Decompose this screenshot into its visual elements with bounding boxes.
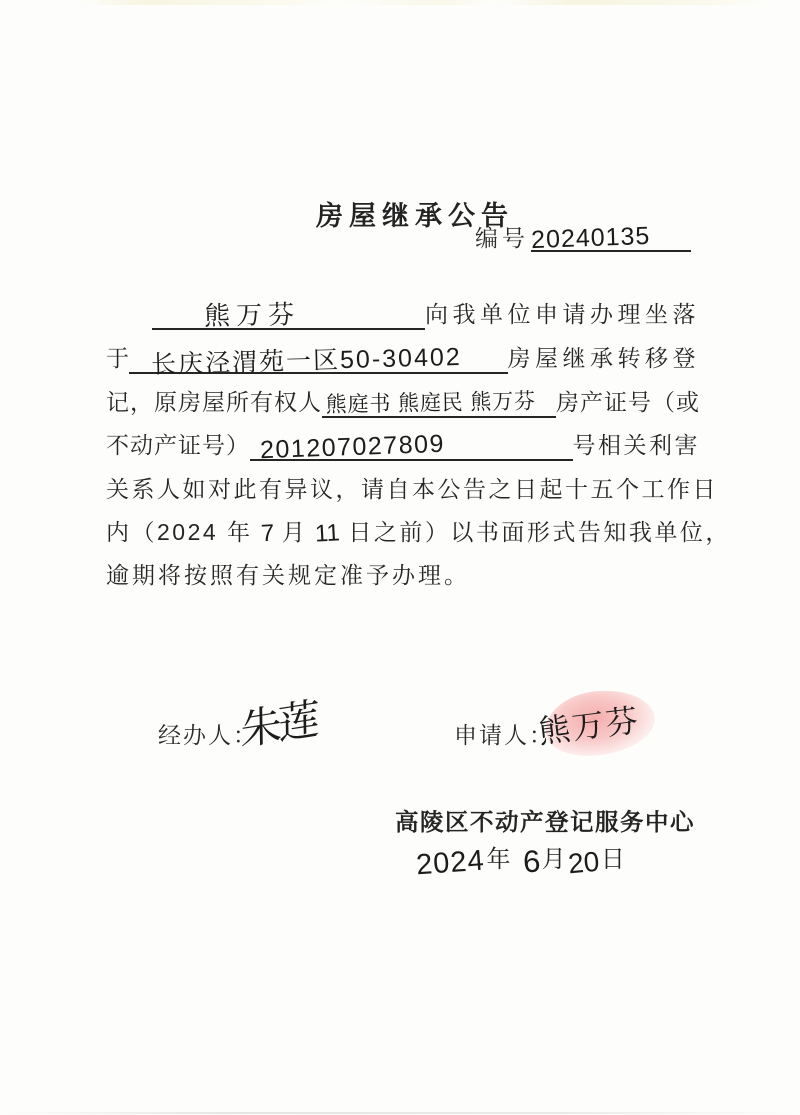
body-line-6: 内（2024 年 7 月 11 日之前）以书面形式告知我单位， bbox=[106, 515, 700, 548]
body-line-6-part3: 日之前）以书面形式告知我单位， bbox=[348, 517, 731, 548]
day-unit: 日 bbox=[601, 844, 625, 876]
body-line-6-part2: 月 bbox=[282, 517, 308, 548]
body-line-2-prefix: 于 bbox=[106, 343, 129, 374]
body-line-3-suffix: 房产证号（或 bbox=[556, 387, 700, 418]
serial-label: 编号 bbox=[475, 224, 529, 252]
scanned-document-page: 房屋继承公告 编号 20240135 熊万芬 向我单位申请办理坐落 于 长庆泾渭… bbox=[0, 0, 800, 1115]
body-line-4-suffix: 号相关利害 bbox=[573, 430, 701, 461]
handler-signature-handwritten: 朱莲 bbox=[240, 689, 316, 761]
body-line-3: 记，原房屋所有权人 熊庭书 熊庭民 熊万芬 房产证号（或 bbox=[106, 385, 700, 418]
body-line-1-printed: 向我单位申请办理坐落 bbox=[425, 299, 700, 330]
body-line-5-text: 关系人如对此有异议，请自本公告之日起十五个工作日 bbox=[106, 474, 718, 505]
applicant-name-handwritten: 熊万芬 bbox=[204, 299, 301, 331]
body-line-1: 熊万芬 向我单位申请办理坐落 bbox=[152, 297, 700, 330]
serial-number-handwritten: 20240135 bbox=[531, 223, 651, 253]
deadline-month-handwritten: 7 bbox=[260, 520, 275, 549]
body-line-7-text: 逾期将按照有关规定准予办理。 bbox=[106, 560, 470, 591]
year-unit: 年 bbox=[487, 844, 511, 876]
body-line-6-part1: 内（2024 年 bbox=[106, 517, 253, 548]
issue-year-handwritten: 2024 bbox=[415, 846, 485, 881]
original-owners-underline: 熊庭书 熊庭民 熊万芬 bbox=[322, 383, 556, 418]
certificate-number-handwritten: 201207027809 bbox=[260, 431, 446, 464]
certificate-number-underline: 201207027809 bbox=[250, 426, 573, 461]
property-address-handwritten: 长庆泾渭苑一区50-30402 bbox=[151, 343, 462, 379]
property-address-underline: 长庆泾渭苑一区50-30402 bbox=[129, 339, 508, 374]
applicant-name-underline: 熊万芬 bbox=[152, 295, 425, 330]
signature-row: 经办人： 朱莲 申请人： 熊万芬 bbox=[0, 705, 800, 775]
body-line-5: 关系人如对此有异议，请自本公告之日起十五个工作日 bbox=[106, 472, 700, 505]
month-unit: 月 bbox=[542, 844, 566, 876]
serial-underline: 20240135 bbox=[531, 222, 691, 252]
serial-number-row: 编号 20240135 bbox=[475, 222, 691, 252]
deadline-day-handwritten: 11 bbox=[315, 519, 341, 548]
body-line-4: 不动产证号） 201207027809 号相关利害 bbox=[106, 428, 700, 461]
body-line-2-suffix: 房屋继承转移登 bbox=[508, 343, 701, 374]
issuing-organization: 高陵区不动产登记服务中心 bbox=[395, 803, 695, 837]
issue-date: 2024 年 6 月 20 日 bbox=[416, 838, 625, 876]
body-line-3-prefix: 记，原房屋所有权人 bbox=[106, 387, 322, 418]
issue-month-handwritten: 6 bbox=[522, 847, 541, 878]
body-line-2: 于 长庆泾渭苑一区50-30402 房屋继承转移登 bbox=[106, 341, 700, 374]
scanner-edge-artifact-bottom bbox=[0, 1112, 800, 1114]
scanner-edge-artifact-top bbox=[0, 0, 800, 5]
body-line-7: 逾期将按照有关规定准予办理。 bbox=[106, 558, 700, 591]
body-line-4-prefix: 不动产证号） bbox=[106, 430, 250, 461]
issue-day-handwritten: 20 bbox=[567, 847, 601, 880]
original-owners-handwritten: 熊庭书 熊庭民 熊万芬 bbox=[326, 387, 537, 418]
